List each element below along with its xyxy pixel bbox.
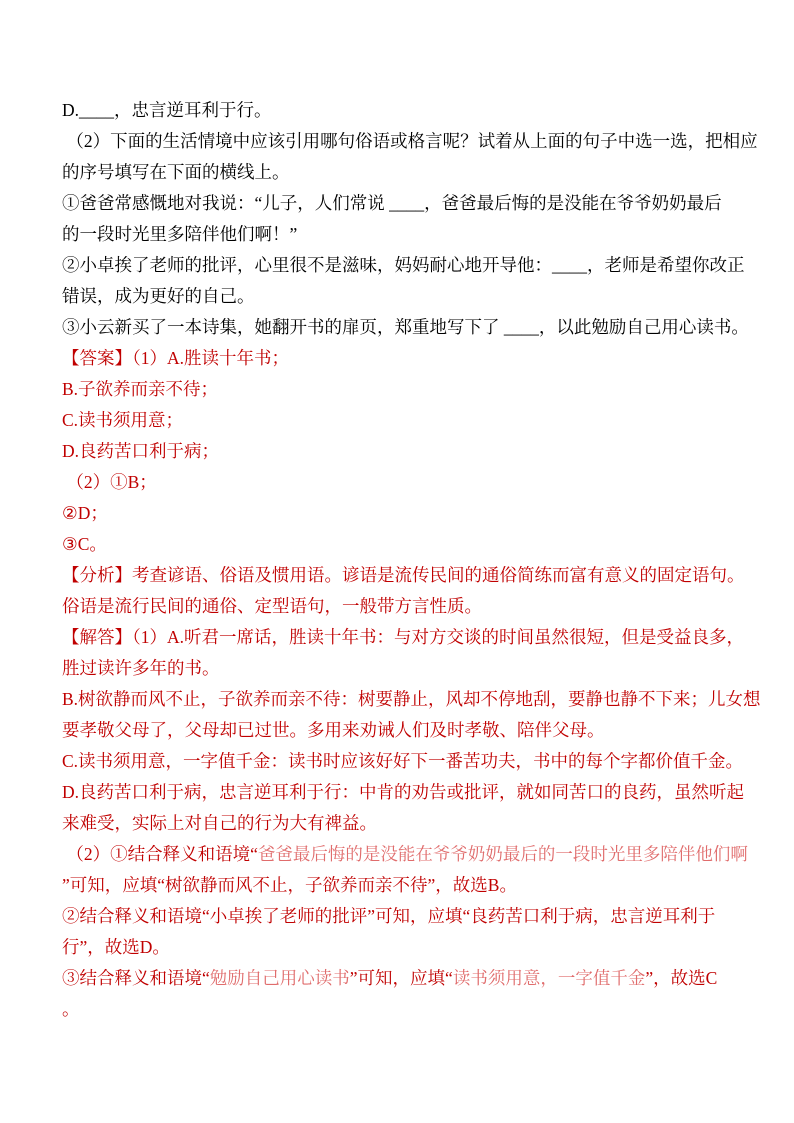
explain-d-line-1: D.良药苦口利于病，忠言逆耳利于行：中肯的劝告或批评，就如同苦口的良药，虽然听起 [62,777,762,808]
text-segment-black: ②小卓挨了老师的批评，心里很不是滋味，妈妈耐心地开导他：____，老师是希望你改… [62,255,745,275]
text-segment-red: 【解答】（1）A.听君一席话，胜读十年书：与对方交谈的时间虽然很短，但是受益良多… [62,627,744,647]
explain-part2-2-line-1: ②结合释义和语境“小卓挨了老师的批评”可知，应填“良药苦口利于病，忠言逆耳利于 [62,901,762,932]
explain-a-line-2: 胜过读许多年的书。 [62,653,762,684]
text-segment-quote: 读书须用意，一字值千金 [453,968,646,988]
text-segment-black: ①爸爸常感慨地对我说：“儿子，人们常说 ____，爸爸最后悔的是没能在爷爷奶奶最… [62,193,722,213]
text-segment-red: ③C。 [62,534,107,554]
text-segment-black: ③小云新买了一本诗集，她翻开书的扉页，郑重地写下了 ____，以此勉励自己用心读… [62,317,749,337]
text-segment-black: 错误，成为更好的自己。 [62,286,255,306]
text-segment-red: ”可知，应填“ [350,968,453,988]
text-segment-red: 行”，故选D。 [62,937,170,957]
text-segment-red: 来难受，实际上对自己的行为大有禆益。 [62,813,377,833]
document-page: D.____，忠言逆耳利于行。 （2）下面的生活情境中应该引用哪句俗语或格言呢？… [0,0,794,1123]
text-segment-red: 【分析】考查谚语、俗语及惯用语。谚语是流传民间的通俗简练而富有意义的固定语句。 [62,565,745,585]
text-segment-red: D.良药苦口利于病； [62,441,219,461]
answer-header-a: 【答案】（1）A.胜读十年书； [62,343,762,374]
explain-part2-1-line-1: （2）①结合释义和语境“爸爸最后悔的是没能在爷爷奶奶最后的一段时光里多陪伴他们啊 [62,839,762,870]
analysis-line-1: 【分析】考查谚语、俗语及惯用语。谚语是流传民间的通俗简练而富有意义的固定语句。 [62,560,762,591]
text-segment-red: 。 [62,999,80,1019]
text-segment-red: （2）①B； [62,472,157,492]
explain-part2-3-line-2: 。 [62,994,762,1025]
question-item-2: ②小卓挨了老师的批评，心里很不是滋味，妈妈耐心地开导他：____，老师是希望你改… [62,250,762,281]
text-segment-black: （2）下面的生活情境中应该引用哪句俗语或格言呢？试着从上面的句子中选一选，把相应 [62,131,758,151]
text-segment-red: B.树欲静而风不止，子欲养而亲不待：树要静止，风却不停地刮，要静也静不下来；儿女… [62,689,761,709]
explain-a-line-1: 【解答】（1）A.听君一席话，胜读十年书：与对方交谈的时间虽然很短，但是受益良多… [62,622,762,653]
text-segment-red: 胜过读许多年的书。 [62,658,220,678]
explain-b-line-2: 要孝敬父母了，父母却已过世。多用来劝诫人们及时孝敬、陪伴父母。 [62,715,762,746]
answer-part2-3: ③C。 [62,529,762,560]
question-part2-intro: （2）下面的生活情境中应该引用哪句俗语或格言呢？试着从上面的句子中选一选，把相应 [62,126,762,157]
explain-part2-3-line-1: ③结合释义和语境“勉励自己用心读书”可知，应填“读书须用意，一字值千金”，故选C [62,963,762,994]
text-segment-red: 要孝敬父母了，父母却已过世。多用来劝诫人们及时孝敬、陪伴父母。 [62,720,605,740]
explain-part2-2-line-2: 行”，故选D。 [62,932,762,963]
text-segment-black: 的一段时光里多陪伴他们啊！” [62,224,297,244]
text-segment-quote: 爸爸最后悔的是没能在爷爷奶奶最后的一段时光里多陪伴他们啊 [258,844,748,864]
question-item-1-wrap: 的一段时光里多陪伴他们啊！” [62,219,762,250]
text-segment-red: （2）①结合释义和语境“ [62,844,258,864]
text-segment-red: 【答案】（1）A.胜读十年书； [62,348,289,368]
analysis-line-2: 俗语是流行民间的通俗、定型语句，一般带方言性质。 [62,591,762,622]
explain-part2-1-line-2: ”可知，应填“树欲静而风不止，子欲养而亲不待”，故选B。 [62,870,762,901]
question-part2-intro-wrap: 的序号填写在下面的横线上。 [62,157,762,188]
question-item-3: ③小云新买了一本诗集，她翻开书的扉页，郑重地写下了 ____，以此勉励自己用心读… [62,312,762,343]
text-segment-red: C.读书须用意； [62,410,183,430]
text-segment-red: D.良药苦口利于病，忠言逆耳利于行：中肯的劝告或批评，就如同苦口的良药，虽然听起 [62,782,744,802]
text-segment-quote: 勉励自己用心读书 [210,968,350,988]
question-item-1: ①爸爸常感慨地对我说：“儿子，人们常说 ____，爸爸最后悔的是没能在爷爷奶奶最… [62,188,762,219]
text-segment-red: B.子欲养而亲不待； [62,379,218,399]
answer-d: D.良药苦口利于病； [62,436,762,467]
text-segment-red: ②D； [62,503,108,523]
text-segment-red: ”可知，应填“树欲静而风不止，子欲养而亲不待”，故选B。 [62,875,517,895]
explain-c: C.读书须用意，一字值千金：读书时应该好好下一番苦功夫，书中的每个字都价值千金。 [62,746,762,777]
question-option-d: D.____，忠言逆耳利于行。 [62,95,762,126]
explain-d-line-2: 来难受，实际上对自己的行为大有禆益。 [62,808,762,839]
explain-b-line-1: B.树欲静而风不止，子欲养而亲不待：树要静止，风却不停地刮，要静也静不下来；儿女… [62,684,762,715]
question-item-2-wrap: 错误，成为更好的自己。 [62,281,762,312]
text-segment-red: ③结合释义和语境“ [62,968,210,988]
text-segment-red: ”，故选C [645,968,717,988]
answer-b: B.子欲养而亲不待； [62,374,762,405]
text-segment-red: 俗语是流行民间的通俗、定型语句，一般带方言性质。 [62,596,482,616]
answer-part2-1: （2）①B； [62,467,762,498]
text-segment-red: ②结合释义和语境“小卓挨了老师的批评”可知，应填“良药苦口利于病，忠言逆耳利于 [62,906,715,926]
text-segment-black: D.____，忠言逆耳利于行。 [62,100,272,120]
text-segment-red: C.读书须用意，一字值千金：读书时应该好好下一番苦功夫，书中的每个字都价值千金。 [62,751,743,771]
document-content: D.____，忠言逆耳利于行。 （2）下面的生活情境中应该引用哪句俗语或格言呢？… [62,95,762,1025]
text-segment-black: 的序号填写在下面的横线上。 [62,162,290,182]
answer-c: C.读书须用意； [62,405,762,436]
answer-part2-2: ②D； [62,498,762,529]
